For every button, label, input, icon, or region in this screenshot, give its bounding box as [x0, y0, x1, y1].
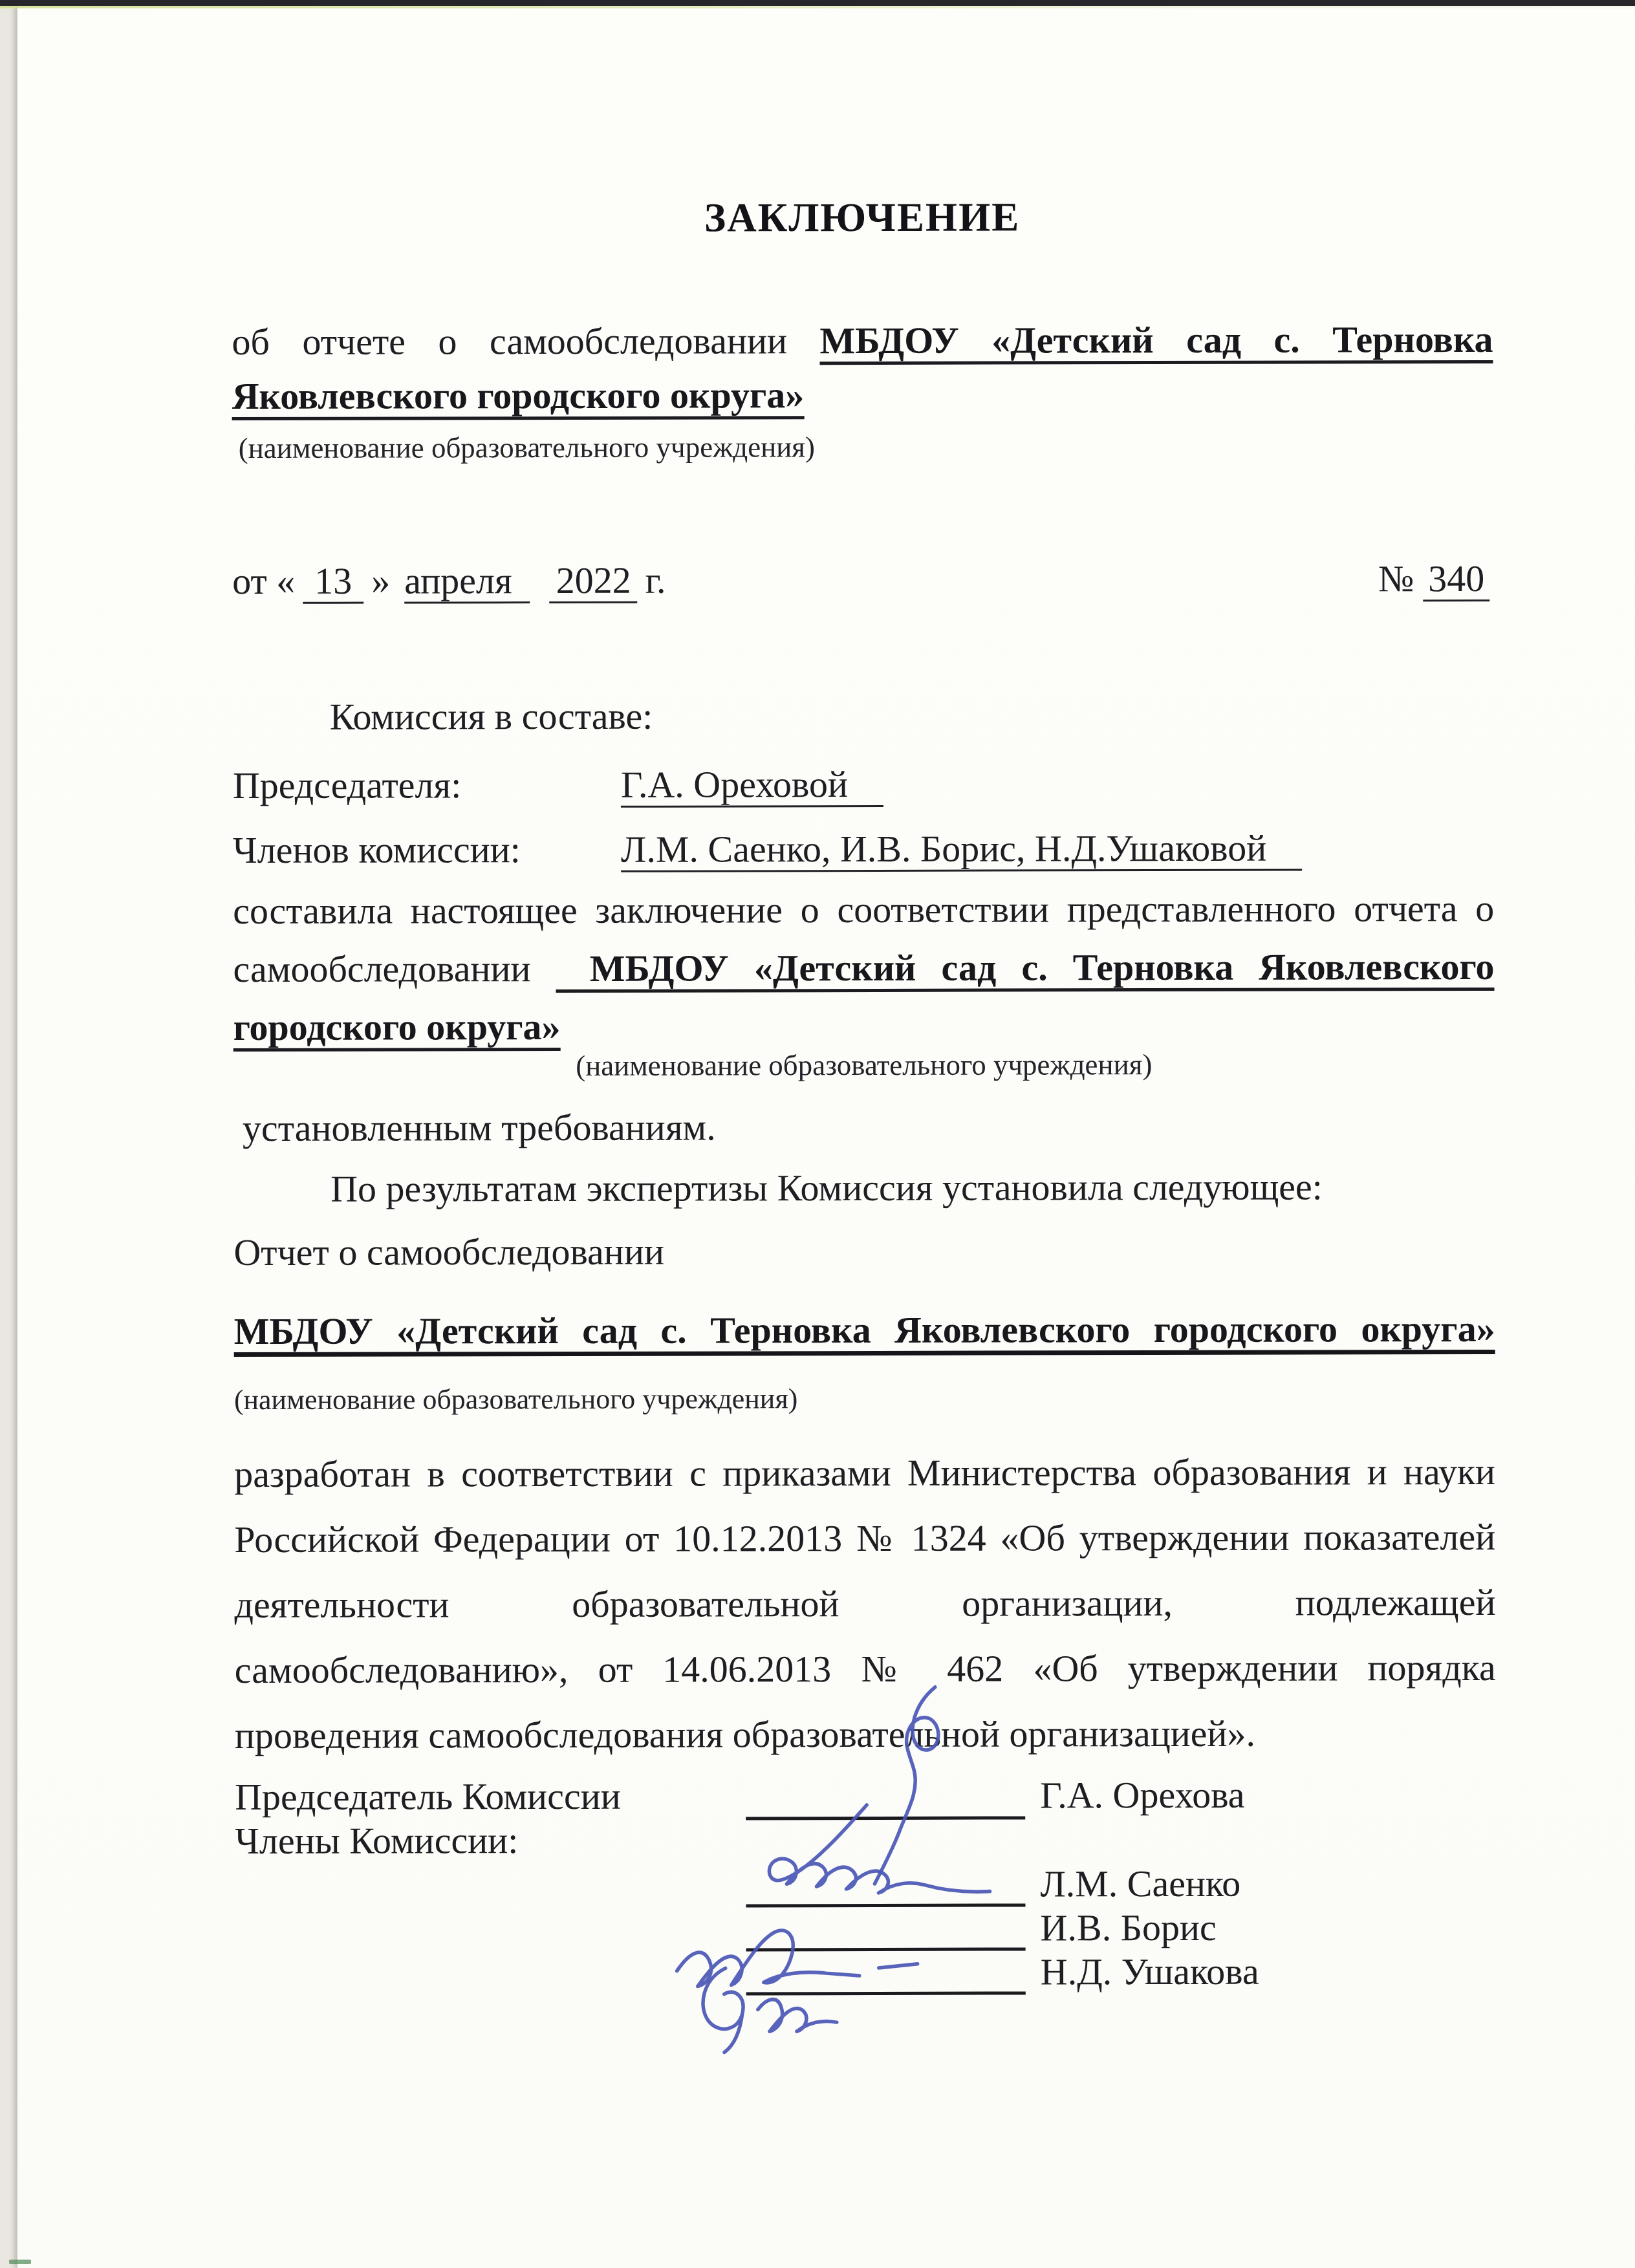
expertise-line: По результатам экспертизы Комиссия устан… [233, 1163, 1495, 1213]
signature-member-name-2: И.В. Борис [1040, 1906, 1216, 1950]
intro-line-1: об отчете о самообследовании МБДОУ «Детс… [232, 316, 1493, 366]
org-name-part-4: городского округа» [233, 1006, 561, 1052]
intro-text: об отчете о самообследовании [232, 319, 787, 363]
commission-members-row: Членов комиссии:Л.М. Саенко, И.В. Борис,… [233, 825, 1494, 874]
org-name-full: МБДОУ «Детский сад с. Терновка Яковлевск… [234, 1308, 1495, 1357]
developed-line-1: разработан в соответствии с приказами Ми… [234, 1439, 1495, 1507]
date-year-suffix: г. [645, 559, 666, 601]
statement-text: самообследовании [233, 947, 530, 990]
member-signature-ink-3 [675, 1956, 934, 2054]
signature-member-name-1: Л.М. Саенко [1040, 1862, 1240, 1906]
date-part: от «13»апреля2022г. [232, 557, 666, 605]
chairman-label: Председателя: [233, 762, 621, 810]
org-name-caption-2: (наименование образовательного учреждени… [233, 1046, 1495, 1085]
requirements-line: установленным требованиям. [233, 1103, 1504, 1152]
signature-members-label: Члены Комиссии: [235, 1819, 518, 1863]
date-number-line: от «13»апреля2022г. №340 [232, 556, 1493, 605]
number-value: 340 [1423, 557, 1489, 601]
date-prefix: от « [232, 560, 295, 602]
document-page: ЗАКЛЮЧЕНИЕ об отчете о самообследовании … [17, 6, 1635, 2268]
signature-chairman-name: Г.А. Орехова [1040, 1773, 1245, 1817]
report-line: Отчет о самообследовании [233, 1227, 1495, 1277]
members-names: Л.М. Саенко, И.В. Борис, Н.Д.Ушаковой [621, 827, 1302, 872]
signature-chairman-label: Председатель Комиссии [235, 1775, 621, 1819]
org-name-caption-1: (наименование образовательного учреждени… [232, 427, 1500, 466]
intro-line-2: Яковлевского городского округа» [232, 371, 1493, 420]
scanner-corner-artifact [9, 2260, 31, 2264]
number-sign: № [1378, 557, 1414, 599]
scan-surface: ЗАКЛЮЧЕНИЕ об отчете о самообследовании … [0, 0, 1635, 2268]
statement-line-2: самообследовании МБДОУ «Детский сад с. Т… [233, 944, 1494, 993]
developed-line-2: Российской Федерации от 10.12.2013 № 132… [234, 1504, 1495, 1572]
date-day: 13 [303, 560, 363, 604]
org-name-part-1: МБДОУ «Детский сад с. Терновка [819, 318, 1493, 365]
scanner-top-edge [0, 0, 1635, 6]
date-quote-close: » [371, 560, 390, 602]
statement-line-3: городского округа» [233, 1002, 1495, 1052]
date-year: 2022 [550, 559, 638, 603]
org-name-standalone: МБДОУ «Детский сад с. Терновка Яковлевск… [234, 1306, 1495, 1355]
date-month: апреля [404, 559, 530, 603]
scanned-document: { "title": "ЗАКЛЮЧЕНИЕ", "intro": { "lin… [0, 0, 1635, 2268]
org-name-part-2: Яковлевского городского округа» [232, 374, 805, 420]
developed-line-3: деятельности образовательной организации… [234, 1570, 1495, 1637]
org-name-caption-3: (наименование образовательного учреждени… [234, 1379, 1495, 1418]
members-label: Членов комиссии: [233, 826, 621, 874]
chairman-name: Г.А. Ореховой [621, 763, 883, 808]
document-number: №340 [1378, 556, 1493, 603]
member-signature-ink-1 [697, 1802, 1034, 1919]
scanner-top-edge-tint [0, 6, 1635, 8]
commission-heading: Комиссия в составе: [233, 691, 1494, 741]
signature-member-name-3: Н.Д. Ушакова [1041, 1950, 1259, 1994]
statement-line-1: составила настоящее заключение о соответ… [233, 885, 1494, 935]
document-content: ЗАКЛЮЧЕНИЕ об отчете о самообследовании … [231, 5, 1497, 2268]
commission-chairman-row: Председателя:Г.А. Ореховой [233, 760, 1494, 810]
document-title: ЗАКЛЮЧЕНИЕ [232, 191, 1493, 244]
org-name-part-3: МБДОУ «Детский сад с. Терновка Яковлевск… [556, 945, 1495, 993]
